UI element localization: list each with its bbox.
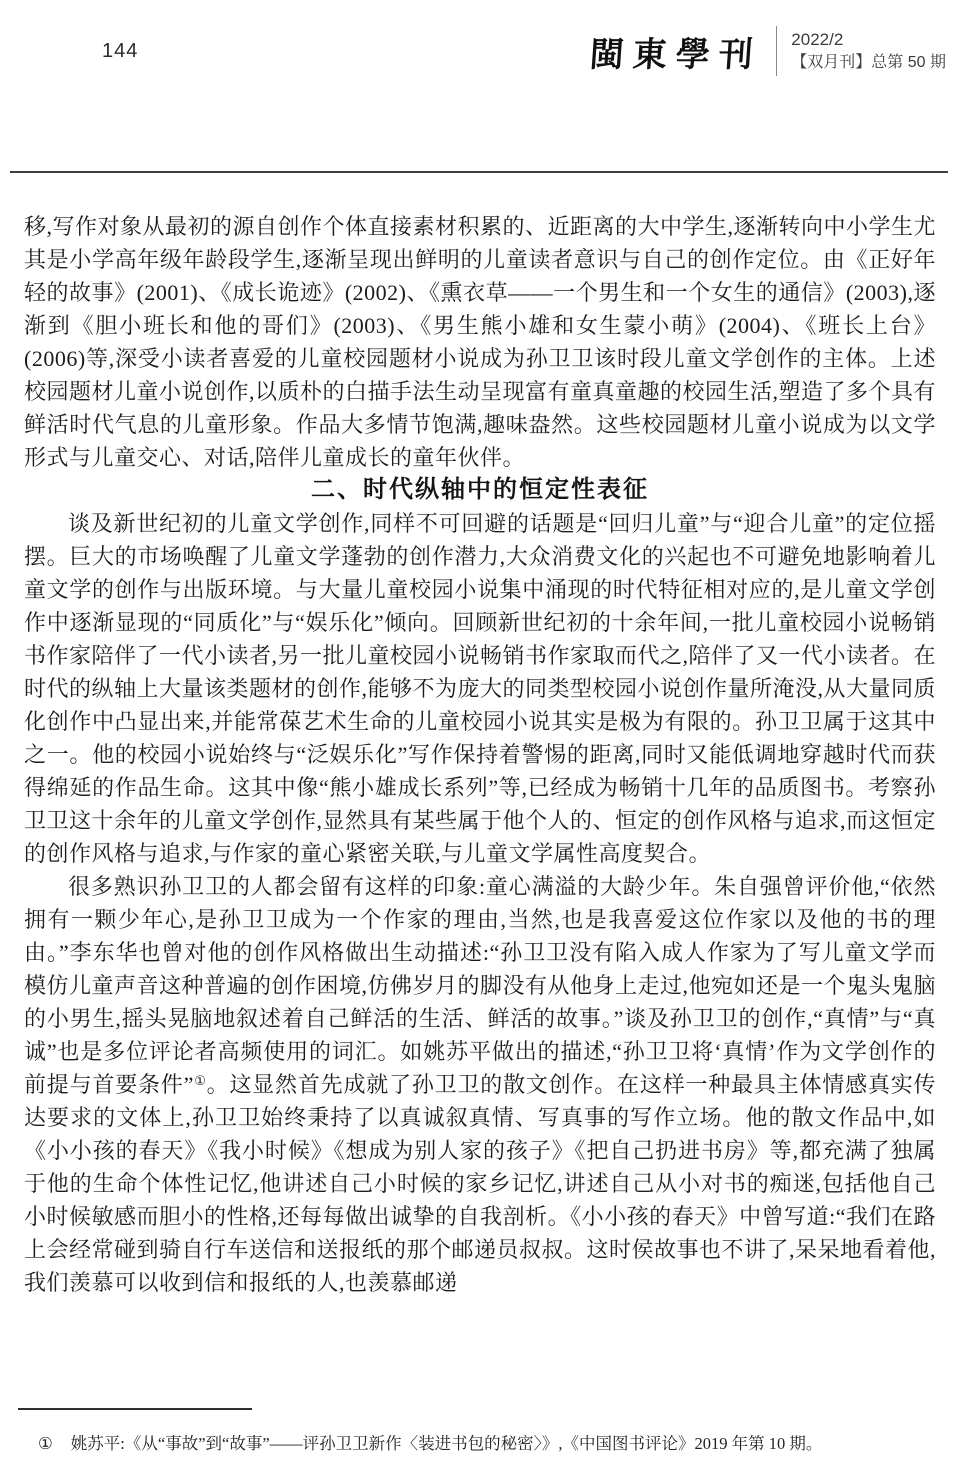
header-divider: [776, 26, 777, 76]
journal-masthead: 閩東學刊 2022/2 【双月刊】总第 50 期: [590, 26, 946, 76]
footnote: ①姚苏平:《从“事故”到“故事”——评孙卫卫新作〈装进书包的秘密〉》,《中国图书…: [38, 1432, 938, 1456]
issue-year: 2022/2: [791, 28, 946, 51]
issue-number: 【双月刊】总第 50 期: [791, 51, 946, 74]
footnote-mark-inline: ①: [194, 1073, 207, 1088]
paragraph-3-continued: 。这显然首先成就了孙卫卫的散文创作。在这样一种最具主体情感真实传达要求的文体上,…: [24, 1072, 936, 1295]
footnote-number: ①: [38, 1434, 53, 1453]
article-body: 移,写作对象从最初的源自创作个体直接素材积累的、近距离的大中学生,逐渐转向中小学…: [24, 210, 936, 1299]
header-rule: [10, 171, 948, 173]
footnote-text: 姚苏平:《从“事故”到“故事”——评孙卫卫新作〈装进书包的秘密〉》,《中国图书评…: [71, 1434, 823, 1453]
footnote-area: ①姚苏平:《从“事故”到“故事”——评孙卫卫新作〈装进书包的秘密〉》,《中国图书…: [0, 1408, 958, 1456]
issue-info: 2022/2 【双月刊】总第 50 期: [791, 28, 946, 74]
paragraph-3: 很多熟识孙卫卫的人都会留有这样的印象:童心满溢的大龄少年。朱自强曾评价他,“依然…: [24, 870, 936, 1299]
paragraph-2: 谈及新世纪初的儿童文学创作,同样不可回避的话题是“回归儿童”与“迎合儿童”的定位…: [24, 507, 936, 870]
journal-title-calligraphy: 閩東學刊: [589, 27, 768, 76]
paragraph-1: 移,写作对象从最初的源自创作个体直接素材积累的、近距离的大中学生,逐渐转向中小学…: [24, 210, 936, 474]
paragraph-3-text: 很多熟识孙卫卫的人都会留有这样的印象:童心满溢的大龄少年。朱自强曾评价他,“依然…: [24, 874, 936, 1097]
journal-page: 144 閩東學刊 2022/2 【双月刊】总第 50 期 移,写作对象从最初的源…: [0, 0, 958, 1476]
footnote-rule: [18, 1408, 252, 1410]
page-header: 144 閩東學刊 2022/2 【双月刊】总第 50 期: [0, 26, 958, 90]
page-number: 144: [102, 40, 138, 63]
section-heading: 二、时代纵轴中的恒定性表征: [24, 474, 936, 507]
